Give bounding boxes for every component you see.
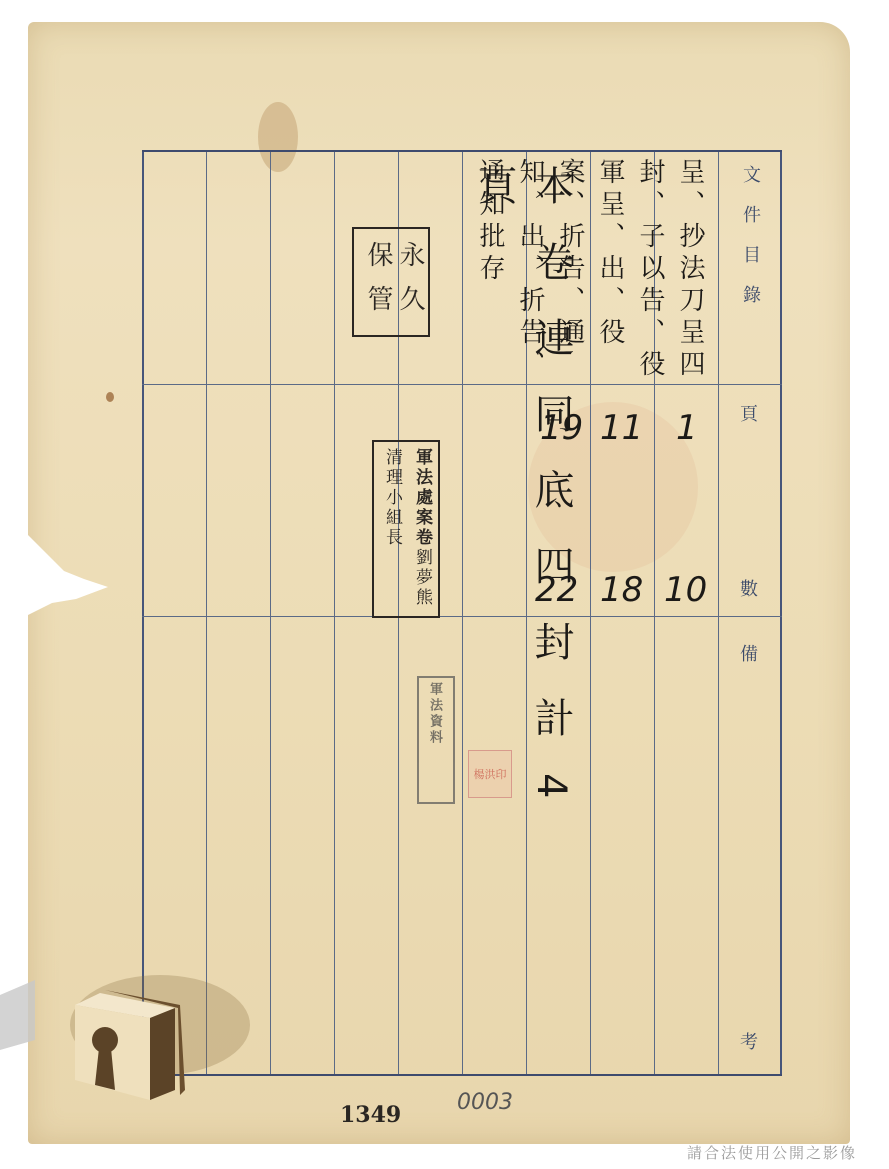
handwritten-number: 0003 (457, 1090, 513, 1115)
entry-page-11: 11 (600, 408, 643, 448)
custodian-stamp: 軍法處案卷 清理小組長 劉夢熊 (372, 440, 440, 618)
permanent-storage-stamp: 永久 保管 (352, 227, 430, 337)
usage-watermark: 請合法使用公開之影像 (687, 1142, 857, 1163)
printed-number: 1349 (340, 1102, 401, 1128)
custodian-stamp-line2: 清理小組長 (380, 448, 405, 548)
total-10: 10 (664, 570, 707, 610)
red-seal: 楊洪印 (468, 750, 512, 798)
custodian-stamp-line1: 軍法處案卷 (410, 448, 435, 548)
label-count: 數 (737, 575, 761, 601)
stain (106, 392, 114, 402)
stamp-text-storage: 保管 (360, 241, 397, 329)
custodian-stamp-name: 劉夢熊 (410, 548, 435, 608)
entry-page-1: 1 (676, 408, 698, 448)
label-wen: 文件目錄 (737, 165, 761, 325)
label-remarks-2: 考 (737, 1028, 761, 1054)
stamp-text-permanent: 永久 (392, 241, 429, 329)
label-remarks-1: 備 (737, 640, 761, 666)
archive-keyhole-logo-icon (0, 960, 260, 1120)
archive-stamp-text: 軍法資料 (425, 682, 444, 746)
total-18: 18 (600, 570, 643, 610)
label-page: 頁 (737, 400, 761, 426)
archive-stamp: 軍法資料 (417, 676, 455, 804)
